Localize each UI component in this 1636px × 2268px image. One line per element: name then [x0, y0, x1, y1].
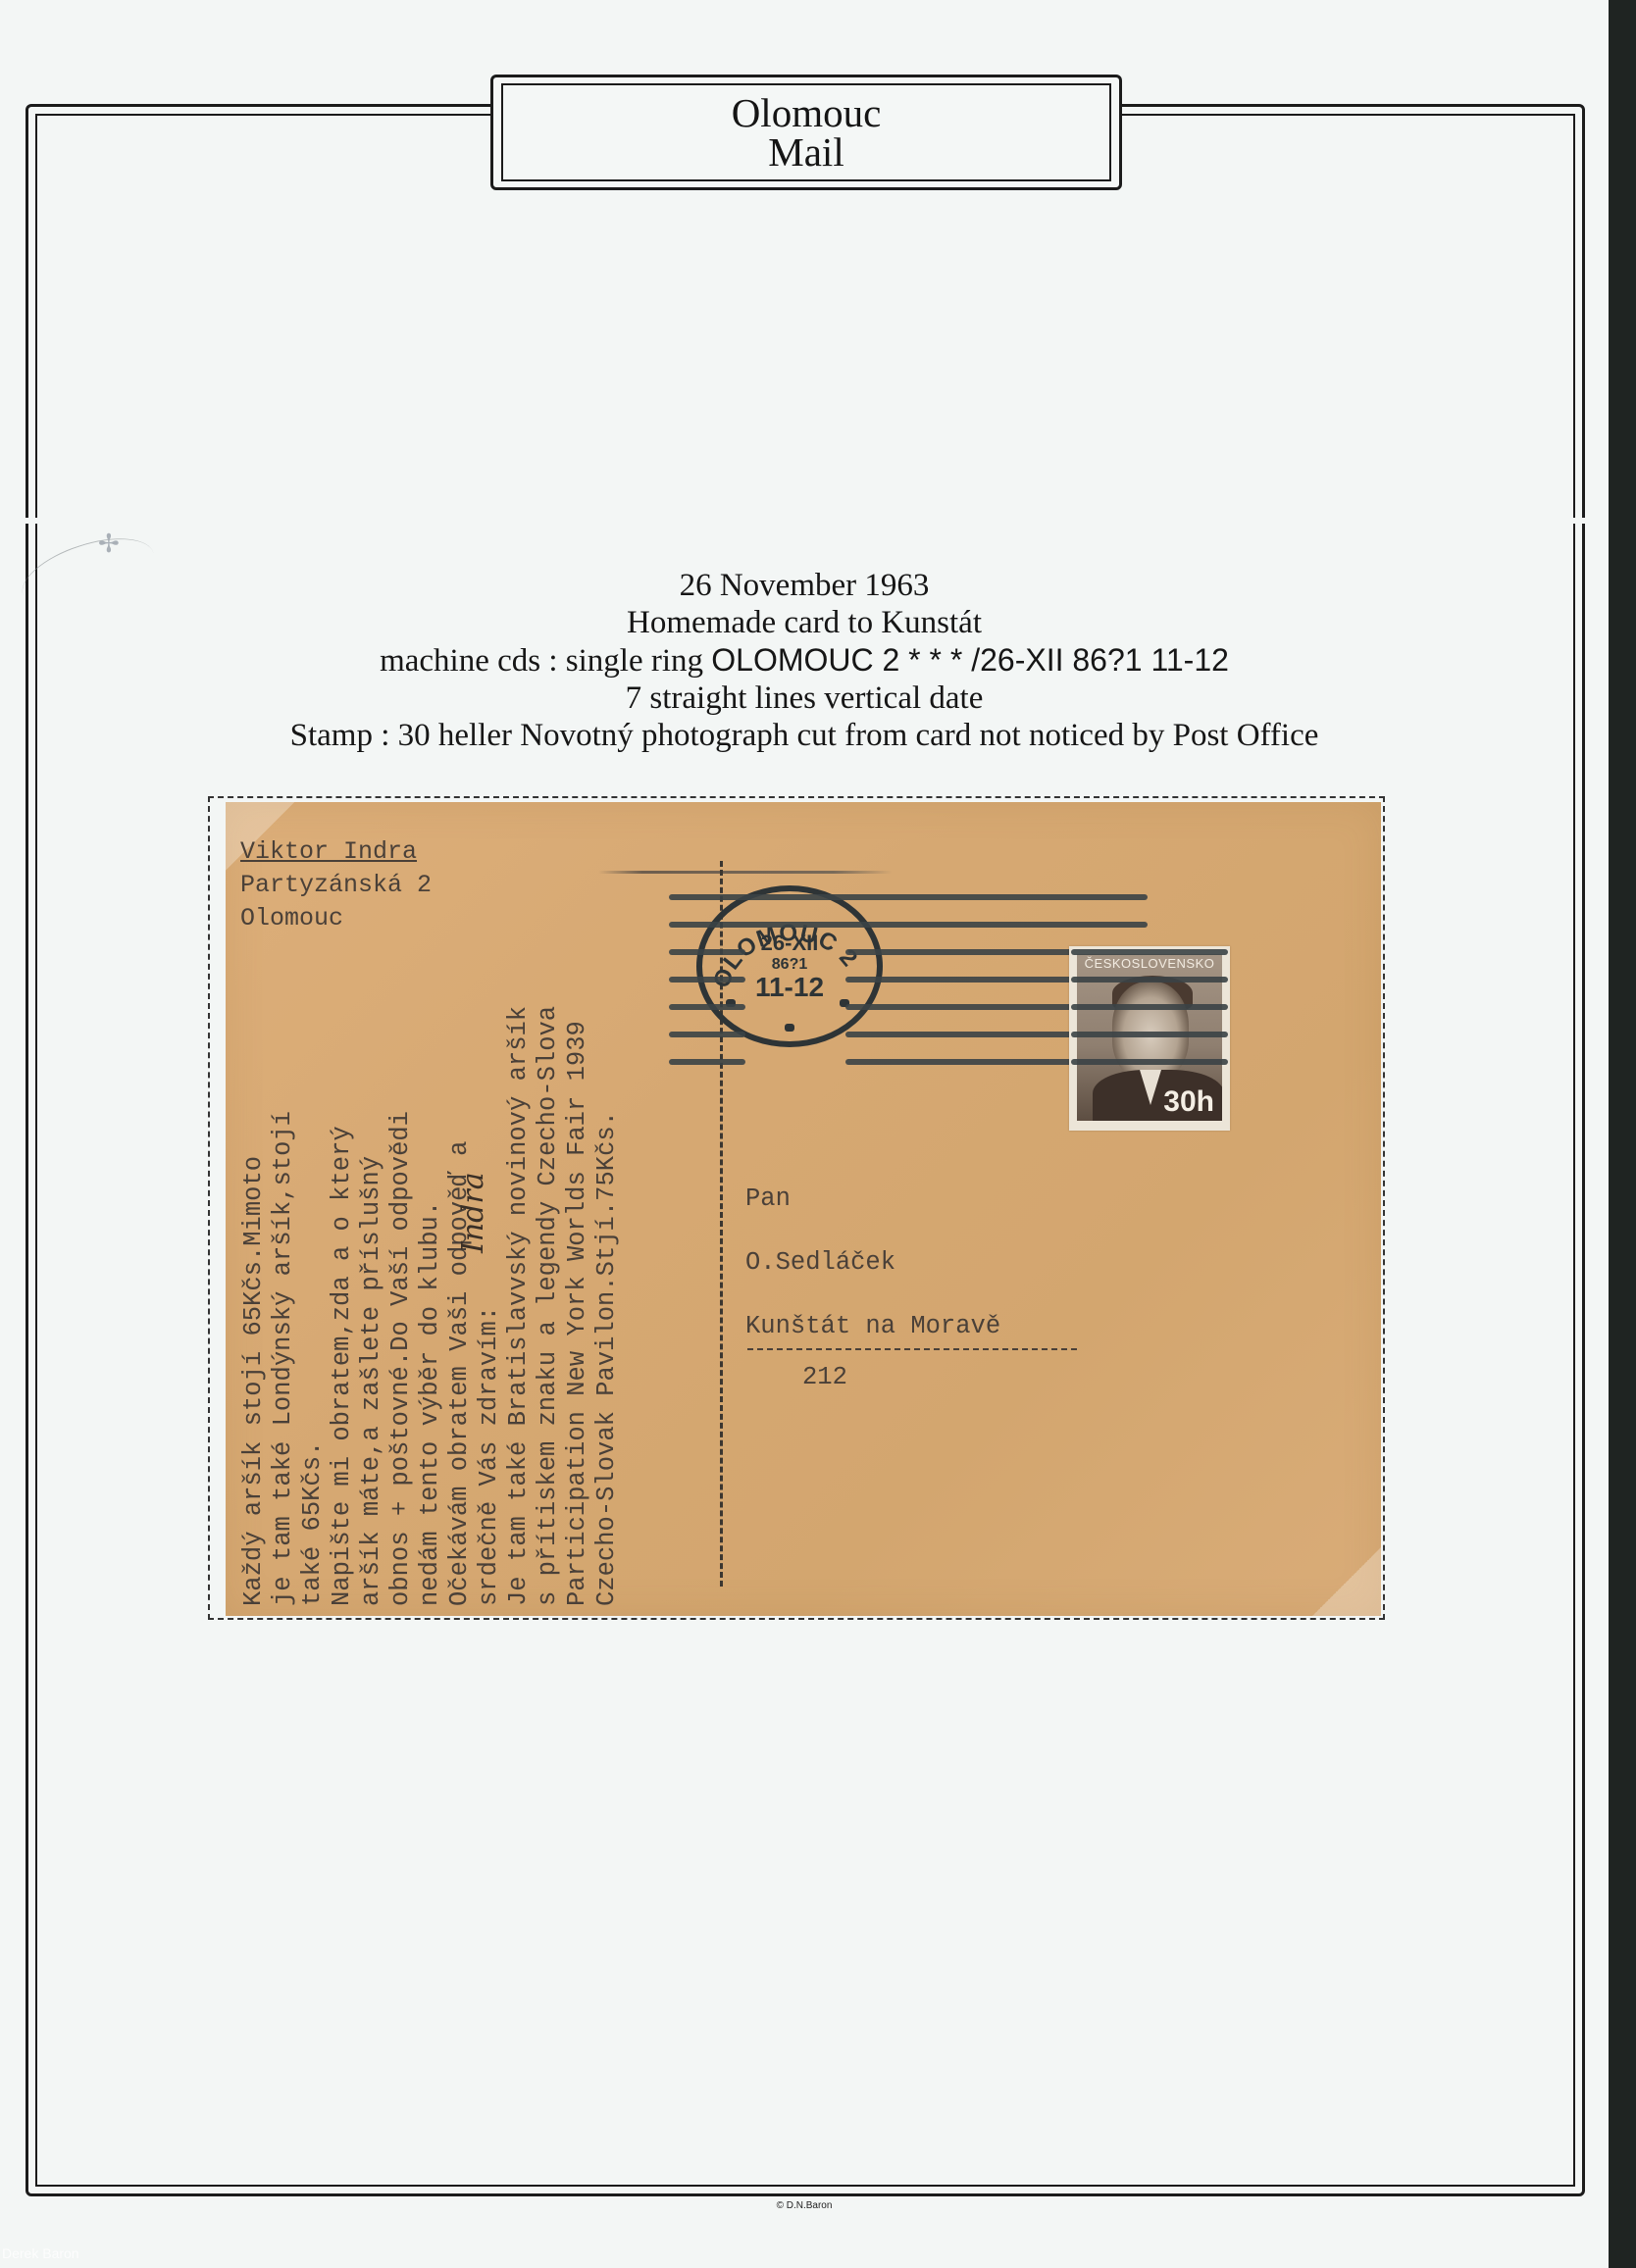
description-date: 26 November 1963 — [0, 567, 1609, 604]
killer-line — [1071, 977, 1228, 983]
ink-smudge — [598, 871, 893, 874]
photo-corner-mount — [1312, 1547, 1381, 1616]
address-rule — [747, 1348, 1077, 1350]
recipient-number: 212 — [802, 1363, 847, 1391]
killer-line — [669, 1004, 745, 1010]
page-title-inner: Olomouc Mail — [501, 83, 1111, 181]
killer-line — [1071, 1004, 1228, 1010]
page-subtitle: Mail — [768, 132, 844, 172]
sender-address: Viktor Indra Partyzánská 2 Olomouc — [240, 835, 432, 935]
killer-line — [669, 894, 1148, 900]
cancel-label: machine cds : single ring — [380, 643, 711, 679]
sender-city: Olomouc — [240, 902, 432, 935]
watermark: Derek Baron — [2, 2245, 79, 2261]
signature: Indra — [456, 1214, 593, 1253]
killer-line — [669, 949, 745, 955]
stamp-value: 30h — [1163, 1085, 1214, 1119]
item-description: 26 November 1963 Homemade card to Kunstá… — [0, 567, 1609, 754]
scanner-edge-band — [1609, 0, 1636, 2268]
postcard: Viktor Indra Partyzánská 2 Olomouc Každý… — [226, 802, 1381, 1616]
scan-artifact — [0, 518, 1609, 524]
description-stamp: Stamp : 30 heller Novotný photograph cut… — [0, 717, 1609, 754]
sender-street: Partyzánská 2 — [240, 869, 432, 902]
postage-stamp: ČESKOSLOVENSKO 30h — [1069, 946, 1230, 1131]
killer-line — [1071, 949, 1228, 955]
copyright: © D.N.Baron — [0, 2200, 1609, 2211]
killer-line — [669, 1059, 745, 1065]
recipient-name: O.Sedláček — [745, 1248, 895, 1277]
cancel-text: OLOMOUC 2 * * * /26-XII 86?1 11-12 — [711, 642, 1229, 678]
description-item: Homemade card to Kunstát — [0, 604, 1609, 641]
killer-line — [669, 977, 745, 983]
page-title-box: Olomouc Mail — [490, 75, 1122, 190]
killer-line — [669, 922, 1148, 928]
recipient-salutation: Pan — [745, 1184, 791, 1213]
message-text: Každý aršík stojí 65Kčs.Mimoto je tam ta… — [239, 1006, 622, 1606]
description-killer: 7 straight lines vertical date — [0, 680, 1609, 717]
page-title: Olomouc — [732, 93, 882, 132]
description-cancel: machine cds : single ring OLOMOUC 2 * * … — [0, 641, 1609, 680]
sender-name: Viktor Indra — [240, 835, 432, 869]
killer-line — [1071, 1059, 1228, 1065]
recipient-town: Kunštát na Moravě — [745, 1312, 1000, 1340]
portrait-head — [1112, 982, 1189, 1080]
ink-blot-icon: ✢ — [98, 529, 124, 559]
killer-line — [1071, 1032, 1228, 1037]
postmark: OLOMOUC 2 26-XII 86?1 11-12 — [696, 885, 883, 1047]
stamp-country: ČESKOSLOVENSKO — [1077, 956, 1222, 971]
killer-line — [669, 1032, 745, 1037]
postmark-dot — [785, 1024, 794, 1032]
